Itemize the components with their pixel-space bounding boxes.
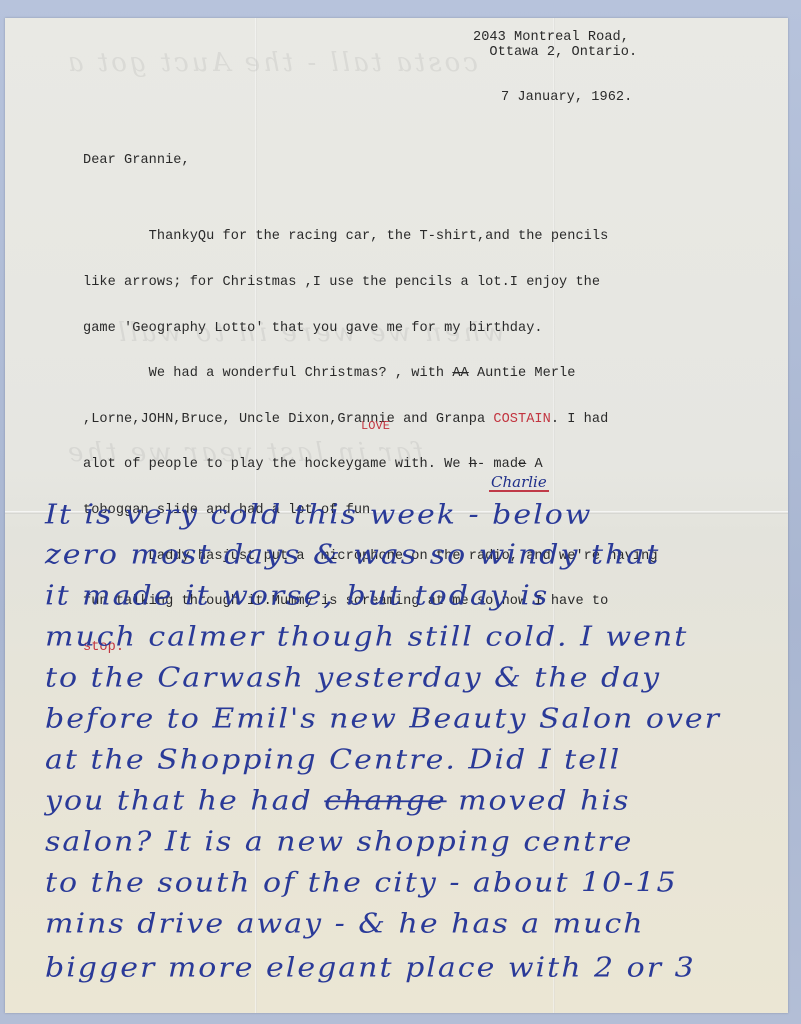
show-through-text: costa tall - the Auct got a [65,48,478,78]
typed-line: We had a wonderful Christmas? , with AA … [83,366,658,381]
typed-line: like arrows; for Christmas ,I use the pe… [83,275,658,290]
letter-date: 7 January, 1962. [501,90,632,105]
handwritten-line: before to Emil's new Beauty Salon over [45,704,721,735]
typed-line: ThankyQu for the racing car, the T-shirt… [83,229,658,244]
handwritten-line: much calmer though still cold. I went [45,622,688,653]
typed-text: A [526,457,542,472]
address-line-1: 2043 Montreal Road, [473,30,637,45]
handwritten-text: you that he had [45,785,324,817]
sender-address: 2043 Montreal Road, Ottawa 2, Ontario. [473,30,637,60]
typed-text: alot of people to play the hockeygame wi… [83,457,469,472]
handwritten-line: it made it worse, but today is [45,581,549,612]
struck-out-text: AA [452,366,468,381]
closing-love: LOVE [361,419,390,434]
handwritten-line: you that he had change moved his [45,786,630,817]
handwritten-text: moved his [447,785,631,817]
typed-text: - mad [477,457,518,472]
red-surname: COSTAIN [493,412,550,427]
handwritten-line: bigger more elegant place with 2 or 3 [45,953,696,984]
handwritten-line: at the Shopping Centre. Did I tell [45,745,621,776]
signature-charlie: Charlie [489,474,549,492]
address-line-2: Ottawa 2, Ontario. [473,45,637,60]
typed-text: Auntie Merle [469,366,576,381]
handwritten-line: to the Carwash yesterday & the day [45,663,661,694]
handwritten-line: to the south of the city - about 10-15 [45,868,678,899]
typed-letter-body: ThankyQu for the racing car, the T-shirt… [83,199,658,686]
crossed-out-word: change [324,785,446,817]
handwritten-line: It is very cold this week - below [45,500,592,531]
typed-line: alot of people to play the hockeygame wi… [83,457,658,472]
handwritten-line: mins drive away - & he has a much [45,909,645,940]
typed-text: We had a wonderful Christmas? , with [83,366,452,381]
typed-text: . I had [551,412,608,427]
greeting: Dear Grannie, [83,153,190,168]
struck-out-text: h [469,457,477,472]
typed-text: ,Lorne,JOHN,Bruce, Uncle Dixon,Grannie a… [83,412,493,427]
typed-line: game 'Geography Lotto' that you gave me … [83,321,658,336]
handwritten-line: zero most days & was so windy that [45,540,660,571]
letter-sheet: costa tall - the Auct got a when we were… [5,18,788,1013]
handwritten-line: salon? It is a new shopping centre [45,827,633,858]
